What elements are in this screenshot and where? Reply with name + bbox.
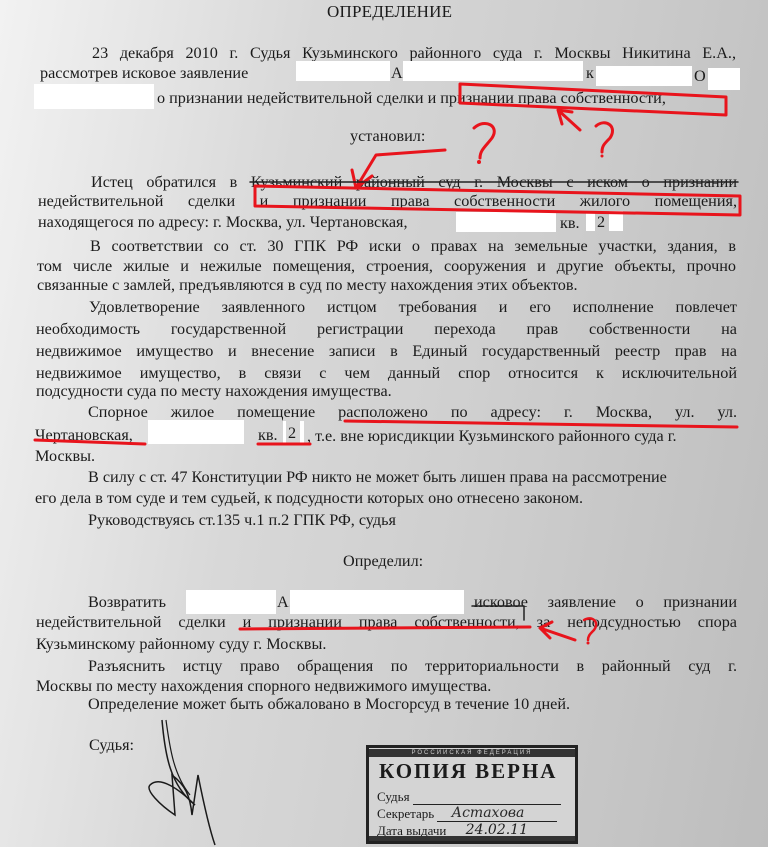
redaction-return-surname	[186, 590, 276, 614]
p3-line-1: Удовлетворение заявленного истцом требов…	[89, 297, 737, 317]
redaction-apt-left-2	[283, 421, 286, 443]
p2-line-1: В соответствии со ст. 30 ГПК РФ иски о п…	[90, 236, 736, 256]
p1-line-2: недействительной сделки и признании прав…	[38, 191, 737, 211]
p5-line-2: его дела в том суде и тем судьей, к подс…	[35, 488, 583, 508]
intro-line-1: 23 декабря 2010 г. Судья Кузьминского ра…	[92, 43, 736, 63]
p1-line-3c: 2	[597, 212, 605, 232]
intro-line-3: о признании недействительной сделки и пр…	[157, 88, 666, 108]
p3-line-4: недвижимое имущество, в связи с чем данн…	[36, 363, 737, 383]
redaction-defendant-patronymic	[34, 84, 154, 109]
d1-line-2: недействительной сделки и признании прав…	[36, 612, 737, 632]
stamp-judge-label: Судья	[377, 789, 410, 804]
stamp-title: КОПИЯ ВЕРНА	[379, 759, 557, 784]
stamp-secretary-signature: Астахова	[451, 805, 524, 821]
p4-line-1: Спорное жилое помещение расположено по а…	[88, 402, 737, 422]
d3-line-1: Определение может быть обжаловано в Мосг…	[88, 694, 570, 714]
scanned-court-document: ОПРЕДЕЛЕНИЕ 23 декабря 2010 г. Судья Куз…	[0, 0, 768, 847]
p2-line-3: связанные с замлей, предъявляются в суд …	[37, 275, 578, 295]
p3-line-3: недвижимое имущество и внесение записи в…	[36, 341, 737, 361]
d1-line-1c: исковое заявление о признании	[474, 592, 737, 612]
p4-line-2c: 2	[288, 423, 296, 443]
redaction-house-number-2	[148, 420, 244, 444]
d1-line-1a: Возвратить	[88, 592, 166, 612]
stamp-header: РОССИЙСКАЯ ФЕДЕРАЦИЯ	[369, 749, 575, 757]
p4-line-3: Москвы.	[35, 446, 95, 466]
stamp-judge-row: Судья	[377, 789, 561, 805]
p5-line-1: В силу с ст. 47 Конституции РФ никто не …	[88, 467, 667, 487]
p4-line-2d: , т.е. вне юрисдикции Кузьминского район…	[307, 426, 737, 446]
stamp-secretary-label: Секретарь	[377, 806, 434, 821]
section-established: установил:	[350, 126, 425, 146]
d1-line-3: Кузьминскому районному суду г. Москвы.	[36, 634, 326, 654]
stamp-secretary-row: Секретарь Астахова	[377, 806, 557, 822]
d2-line-1: Разъяснить истцу право обращения по терр…	[88, 656, 737, 676]
p1-line-1: Истец обратился в Кузьминский районный с…	[91, 172, 737, 192]
redaction-plaintiff-name	[403, 61, 583, 81]
d2-line-2: Москвы по месту нахождения спорного недв…	[36, 676, 491, 696]
redaction-defendant-name	[708, 68, 740, 90]
p1-line-3a: находящегося по адресу: г. Москва, ул. Ч…	[38, 212, 408, 232]
copy-certified-stamp: РОССИЙСКАЯ ФЕДЕРАЦИЯ КОПИЯ ВЕРНА Судья С…	[366, 745, 578, 844]
p1-line-3b: кв.	[560, 213, 580, 233]
intro-line-2c: к	[586, 63, 594, 83]
intro-line-2b: А	[391, 63, 403, 83]
p4-line-2b: кв.	[258, 425, 278, 445]
redaction-house-number	[456, 212, 556, 232]
intro-line-2d: О	[694, 66, 706, 86]
redaction-return-name	[290, 590, 464, 614]
redaction-apt-right-2	[300, 421, 304, 443]
p2-line-2: том числе жилые и нежилые помещения, стр…	[37, 256, 736, 276]
section-decided: Определил:	[343, 551, 423, 571]
document-title: ОПРЕДЕЛЕНИЕ	[327, 2, 452, 22]
redaction-apt-left	[586, 211, 595, 231]
redaction-apt-right	[609, 211, 623, 231]
redaction-plaintiff-surname	[296, 61, 390, 81]
p3-line-2: необходимость государственной регистраци…	[36, 319, 737, 339]
judge-signature-icon	[140, 715, 240, 847]
p3-line-5: подсудности суда по месту нахождения иму…	[36, 381, 392, 401]
p4-line-2a: Чертановская,	[35, 425, 133, 445]
p6-line-1: Руководствуясь ст.135 ч.1 п.2 ГПК РФ, су…	[88, 510, 396, 530]
intro-line-2a: рассмотрев исковое заявление	[40, 63, 248, 83]
redaction-defendant-surname	[596, 66, 692, 86]
judge-label: Судья:	[89, 735, 134, 755]
